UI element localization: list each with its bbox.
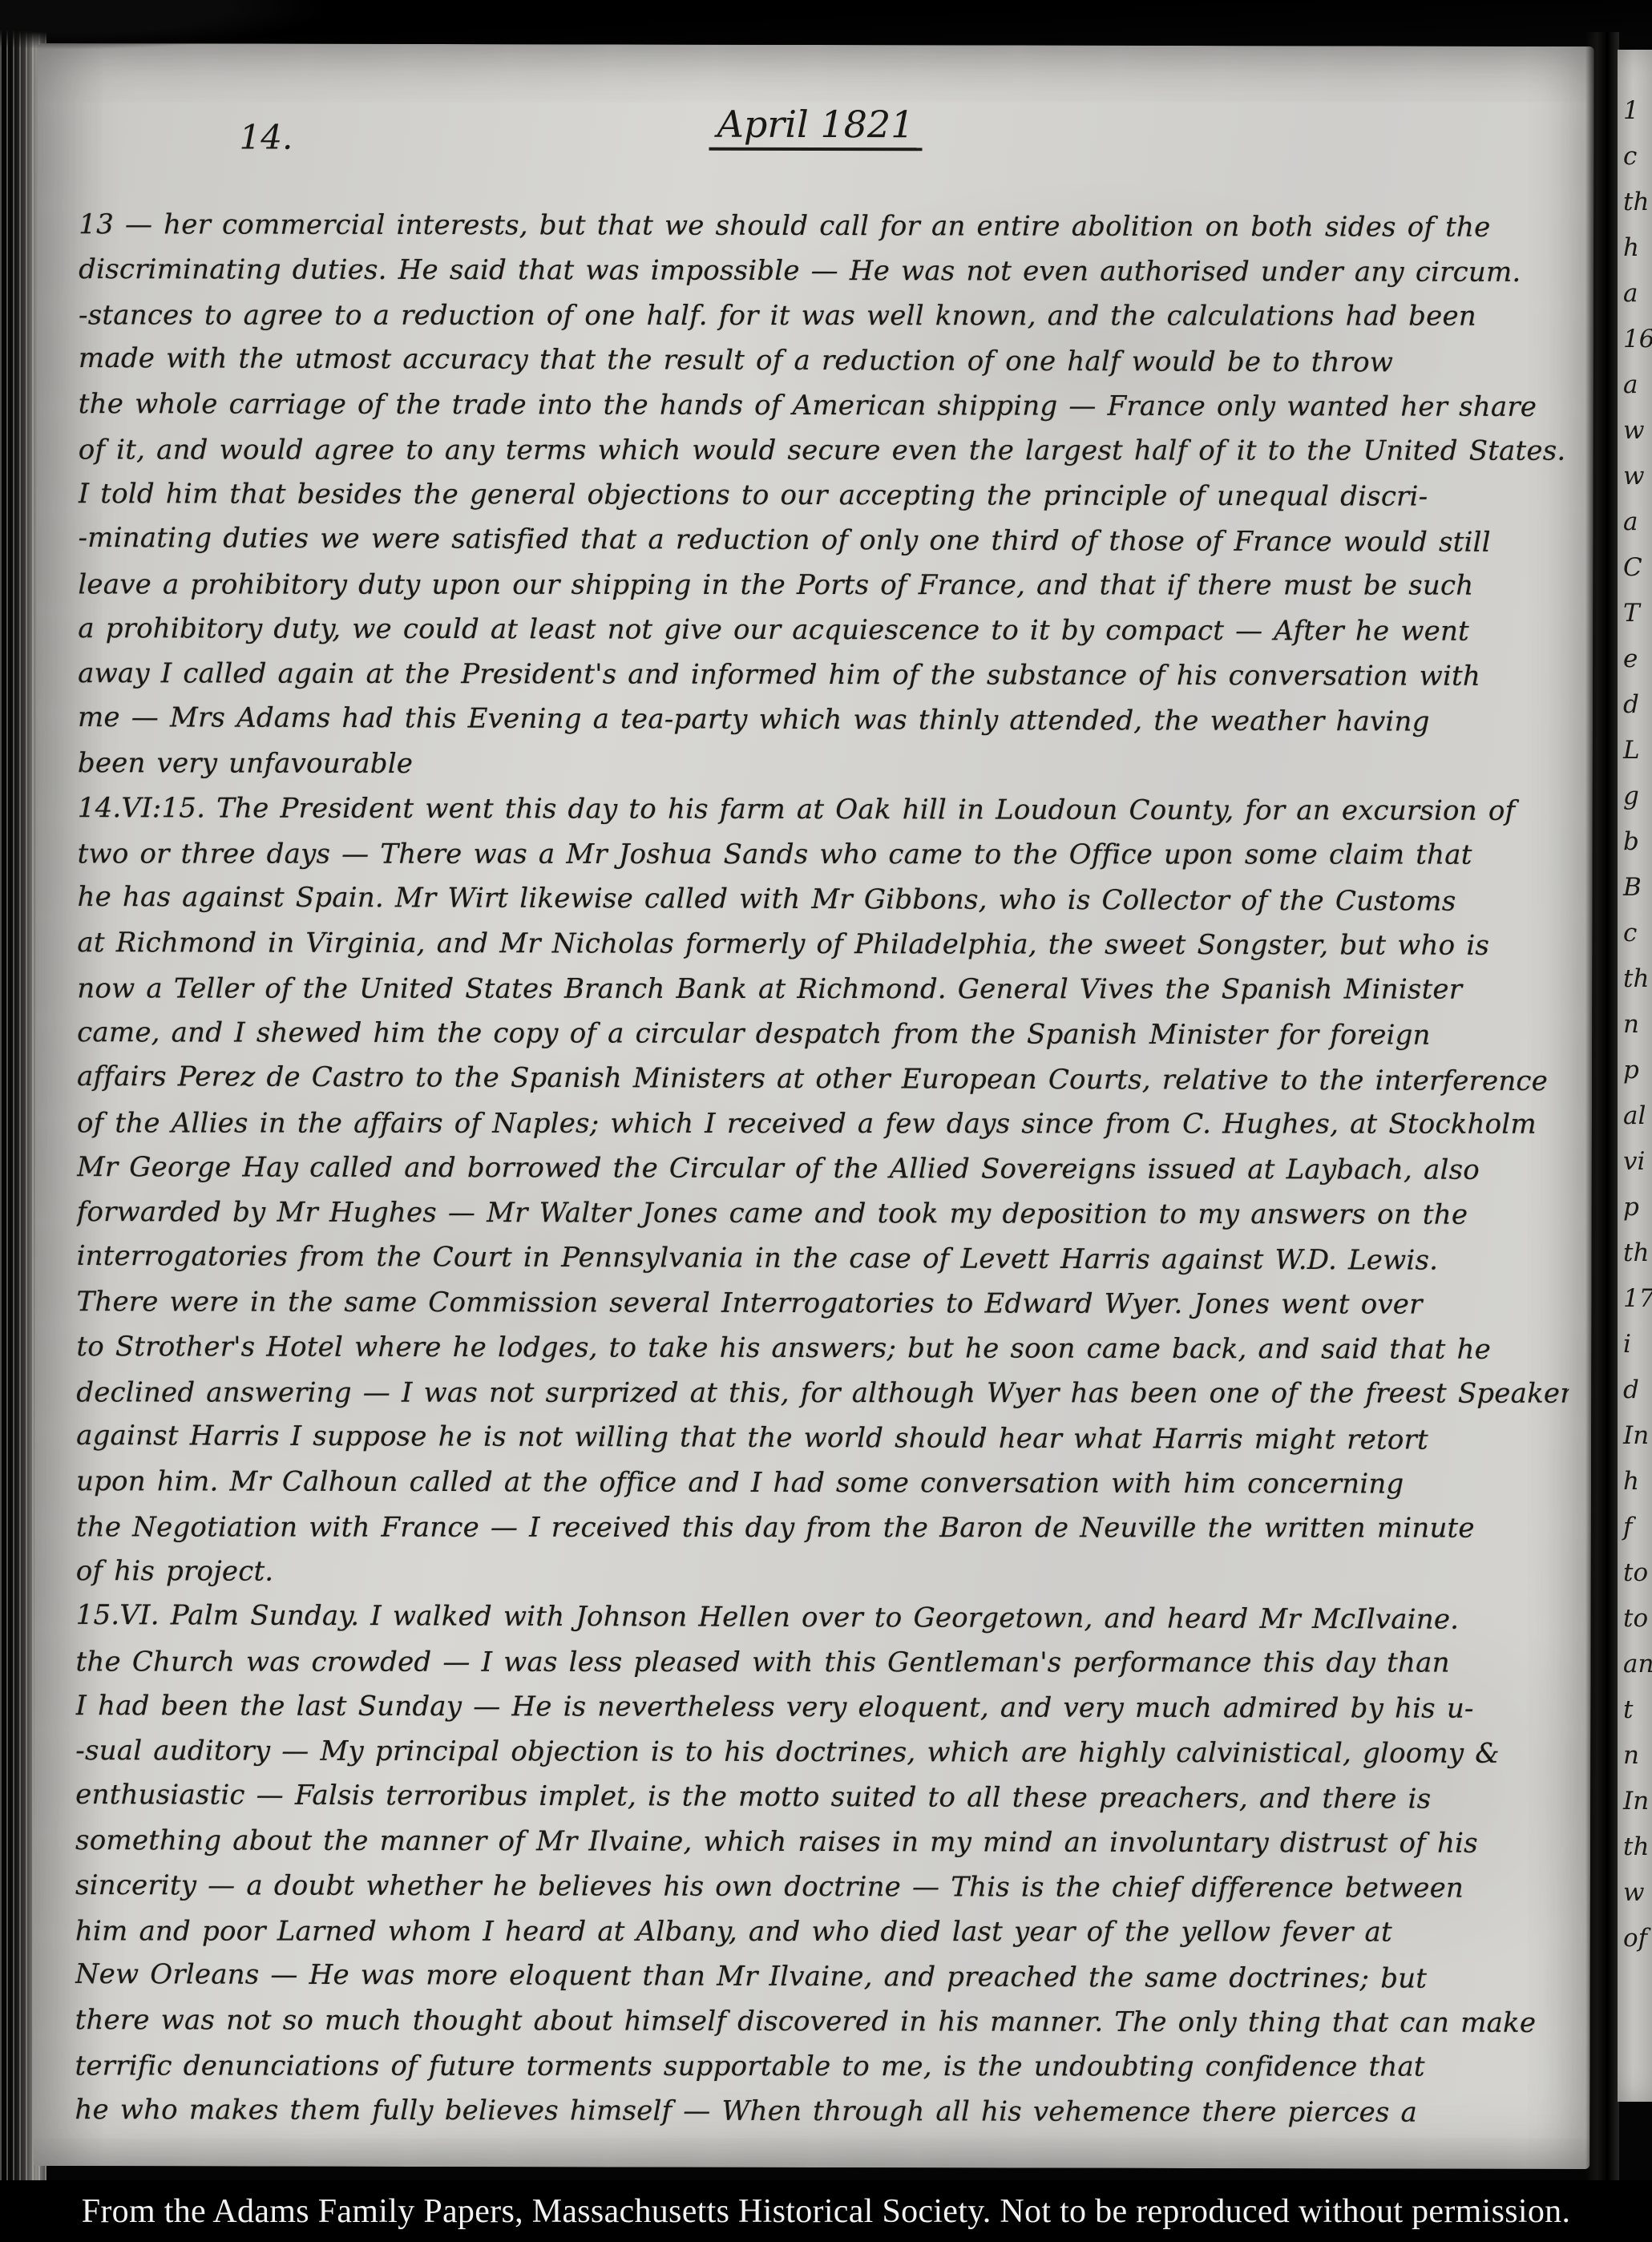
facing-page-fragment: i	[1623, 1322, 1652, 1367]
entry-date-heading: April 1821	[37, 101, 1593, 152]
facing-page-fragment: In	[1623, 1779, 1652, 1824]
manuscript-line: two or three days — There was a Mr Joshu…	[78, 831, 1570, 877]
caption-text: From the Adams Family Papers, Massachuse…	[82, 2192, 1571, 2231]
manuscript-photo: 14. April 1821 13 — her commercial inter…	[0, 0, 1652, 2242]
facing-page-fragment: w	[1623, 408, 1652, 454]
manuscript-line: leave a prohibitory duty upon our shippi…	[78, 562, 1570, 608]
facing-page-fragment: th	[1623, 1824, 1652, 1870]
facing-page-fragment: to a	[1623, 1550, 1652, 1596]
facing-page-fragment: c	[1623, 911, 1652, 956]
manuscript-line: away I called again at the President's a…	[78, 651, 1570, 699]
facing-page-fragment: C	[1623, 545, 1652, 591]
manuscript-line: Mr George Hay called and borrowed the Ci…	[77, 1145, 1569, 1193]
facing-page-fragment: w	[1623, 454, 1652, 499]
facing-page-strip: 1cthha16awwaCTedLgbBcthnpalvipth17.VidIn…	[1618, 50, 1652, 2102]
manuscript-line: discriminating duties. He said that was …	[79, 247, 1571, 295]
manuscript-line: 15.VI. Palm Sunday. I walked with Johnso…	[76, 1593, 1569, 1642]
facing-page-fragment: h	[1623, 1459, 1652, 1505]
facing-page-fragment: T	[1623, 591, 1652, 636]
facing-page-fragment: a	[1623, 499, 1652, 545]
manuscript-line: affairs Perez de Castro to the Spanish M…	[77, 1054, 1569, 1104]
facing-page-fragment: th	[1623, 180, 1652, 225]
manuscript-line: 13 — her commercial interests, but that …	[79, 202, 1571, 250]
facing-page-fragments: 1cthha16awwaCTedLgbBcthnpalvipth17.VidIn…	[1618, 50, 1652, 1961]
manuscript-line: terrific denunciations of future torment…	[75, 2043, 1567, 2089]
manuscript-line: -stances to agree to a reduction of one …	[79, 293, 1571, 338]
facing-page-fragment: 17.V	[1623, 1276, 1652, 1322]
facing-page-fragment: e	[1623, 636, 1652, 682]
facing-page-fragment: p	[1623, 1048, 1652, 1093]
manuscript-line: a prohibitory duty, we could at least no…	[78, 606, 1570, 654]
manuscript-line: something about the manner of Mr Ilvaine…	[75, 1818, 1568, 1866]
manuscript-line: now a Teller of the United States Branch…	[77, 966, 1569, 1012]
manuscript-line: -sual auditory — My principal objection …	[75, 1728, 1568, 1776]
facing-page-fragment: n	[1623, 1002, 1652, 1048]
caption-bar: From the Adams Family Papers, Massachuse…	[0, 2180, 1652, 2242]
entry-date-text: April 1821	[709, 103, 923, 151]
manuscript-line: him and poor Larned whom I heard at Alba…	[75, 1909, 1568, 1954]
facing-page-fragment: 1	[1623, 88, 1652, 134]
facing-page-fragment: n	[1623, 1733, 1652, 1779]
manuscript-line: sincerity — a doubt whether he believes …	[75, 1863, 1568, 1911]
manuscript-line: me — Mrs Adams had this Evening a tea-pa…	[78, 695, 1570, 745]
facing-page-fragment: to	[1623, 1596, 1652, 1642]
manuscript-line: I told him that besides the general obje…	[79, 471, 1571, 519]
facing-page-fragment: h	[1623, 225, 1652, 271]
facing-page-fragment: th	[1623, 956, 1652, 1002]
manuscript-line: the Negotiation with France — I received…	[76, 1505, 1569, 1550]
facing-page-fragment: L	[1623, 728, 1652, 774]
facing-page-fragment: p	[1623, 1185, 1652, 1230]
manuscript-line: declined answering — I was not surprized…	[76, 1370, 1569, 1416]
facing-page-fragment: a	[1623, 362, 1652, 408]
facing-page-fragment: d	[1623, 682, 1652, 728]
manuscript-line: enthusiastic — Falsis terroribus implet,…	[75, 1772, 1568, 1822]
facing-page-fragment: t	[1623, 1687, 1652, 1733]
manuscript-line: of his project.	[76, 1549, 1569, 1597]
manuscript-line: of it, and would agree to any terms whic…	[79, 427, 1571, 473]
manuscript-line: made with the utmost accuracy that the r…	[79, 336, 1571, 386]
manuscript-line: upon him. Mr Calhoun called at the offic…	[76, 1459, 1569, 1507]
manuscript-line: of the Allies in the affairs of Naples; …	[77, 1101, 1569, 1146]
manuscript-line: 14.VI:15. The President went this day to…	[78, 786, 1570, 834]
photo-corner-shadow	[0, 0, 417, 72]
manuscript-line: against Harris I suppose he is not willi…	[76, 1413, 1569, 1463]
facing-page-fragment: g	[1623, 774, 1652, 819]
manuscript-text: 13 — her commercial interests, but that …	[75, 202, 1571, 2153]
facing-page-fragment: of	[1623, 1916, 1652, 1961]
manuscript-line: There were in the same Commission severa…	[76, 1279, 1569, 1327]
facing-page-fragment: vi	[1623, 1139, 1652, 1185]
gutter-shadow	[1585, 32, 1619, 2180]
facing-page-fragment: In	[1623, 1413, 1652, 1459]
facing-page-fragment: an	[1623, 1642, 1652, 1687]
manuscript-line: New Orleans — He was more eloquent than …	[75, 1952, 1568, 2002]
facing-page-fragment: 16	[1623, 317, 1652, 362]
facing-page-fragment: a	[1623, 271, 1652, 317]
facing-page-fragment: w	[1623, 1870, 1652, 1916]
facing-page-fragment: d	[1623, 1367, 1652, 1413]
diary-page: 14. April 1821 13 — her commercial inter…	[33, 43, 1594, 2169]
manuscript-line: to Strother's Hotel where he lodges, to …	[76, 1324, 1569, 1372]
manuscript-line: I had been the last Sunday — He is never…	[75, 1683, 1568, 1731]
manuscript-line: there was not so much thought about hims…	[75, 1998, 1568, 2046]
manuscript-line: forwarded by Mr Hughes — Mr Walter Jones…	[77, 1190, 1569, 1238]
manuscript-line: he has against Spain. Mr Wirt likewise c…	[77, 875, 1569, 924]
manuscript-line: -minating duties we were satisfied that …	[78, 515, 1570, 565]
manuscript-line: the Church was crowded — I was less plea…	[76, 1639, 1569, 1685]
manuscript-line: he who makes them fully believes himself…	[75, 2087, 1567, 2135]
facing-page-fragment: al	[1623, 1093, 1652, 1139]
manuscript-line: interrogatories from the Court in Pennsy…	[77, 1234, 1569, 1283]
manuscript-line: at Richmond in Virginia, and Mr Nicholas…	[77, 920, 1569, 968]
facing-page-fragment: B	[1623, 865, 1652, 911]
facing-page-fragment: b	[1623, 819, 1652, 865]
manuscript-line: the whole carriage of the trade into the…	[79, 382, 1571, 430]
manuscript-line: been very unfavourable	[78, 741, 1570, 789]
manuscript-line: came, and I shewed him the copy of a cir…	[77, 1010, 1569, 1058]
facing-page-fragment: f	[1623, 1505, 1652, 1550]
facing-page-fragment: th	[1623, 1230, 1652, 1276]
facing-page-fragment: c	[1623, 134, 1652, 180]
